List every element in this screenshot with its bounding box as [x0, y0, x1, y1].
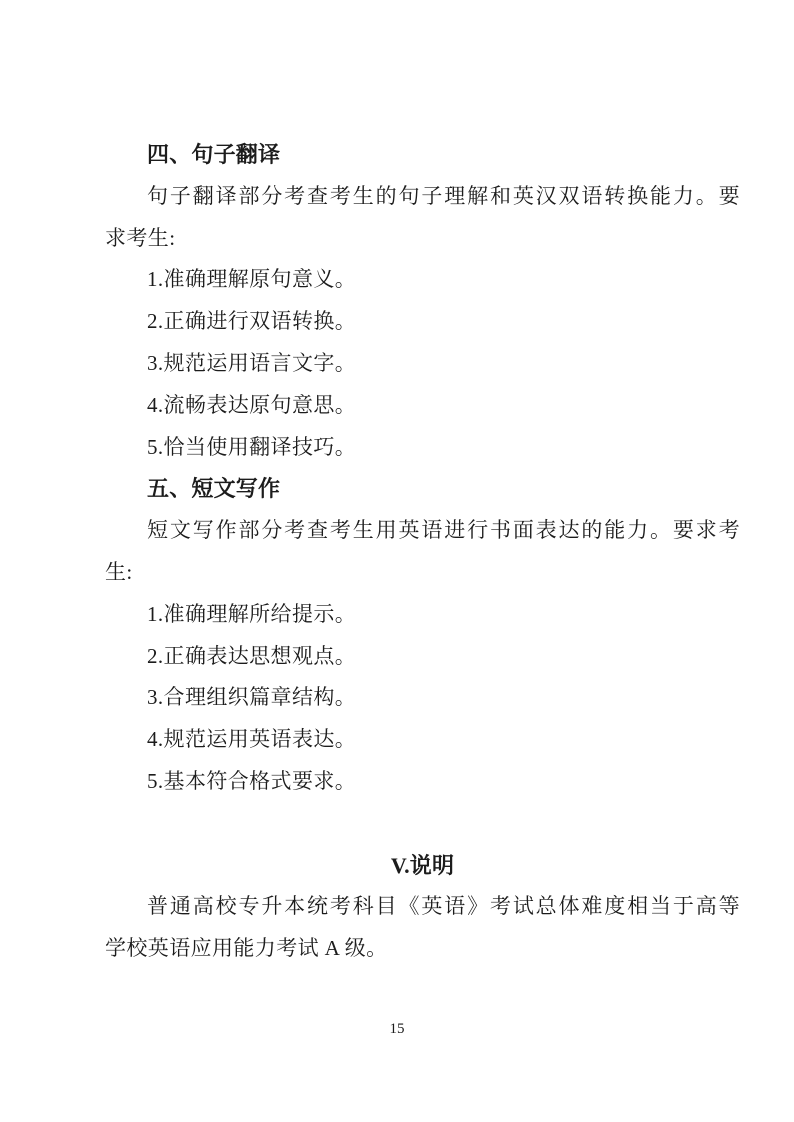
- section-5-intro-line-1: 短文写作部分考查考生用英语进行书面表达的能力。要求考: [105, 510, 740, 552]
- notes-body-line-2: 学校英语应用能力考试 A 级。: [105, 928, 740, 970]
- list-item: 5.基本符合格式要求。: [105, 761, 740, 803]
- blank-line: [105, 803, 740, 845]
- section-5-intro-line-2: 生:: [105, 552, 740, 594]
- list-item: 3.合理组织篇章结构。: [105, 677, 740, 719]
- list-item: 2.正确进行双语转换。: [105, 301, 740, 343]
- notes-heading: V.说明: [105, 845, 740, 887]
- list-item: 1.准确理解原句意义。: [105, 259, 740, 301]
- section-4-intro-line-2: 求考生:: [105, 218, 740, 260]
- document-content: 四、句子翻译 句子翻译部分考查考生的句子理解和英汉双语转换能力。要 求考生: 1…: [105, 134, 740, 970]
- list-item: 1.准确理解所给提示。: [105, 594, 740, 636]
- section-5-heading: 五、短文写作: [105, 468, 740, 510]
- notes-body-line-1: 普通高校专升本统考科目《英语》考试总体难度相当于高等: [105, 886, 740, 928]
- document-page: 四、句子翻译 句子翻译部分考查考生的句子理解和英汉双语转换能力。要 求考生: 1…: [0, 0, 794, 1122]
- list-item: 4.流畅表达原句意思。: [105, 385, 740, 427]
- section-4-intro-line-1: 句子翻译部分考查考生的句子理解和英汉双语转换能力。要: [105, 176, 740, 218]
- list-item: 2.正确表达思想观点。: [105, 636, 740, 678]
- section-4-heading: 四、句子翻译: [105, 134, 740, 176]
- notes-heading-text: 说明: [410, 853, 454, 878]
- list-item: 3.规范运用语言文字。: [105, 343, 740, 385]
- notes-heading-prefix: V.: [391, 853, 410, 878]
- list-item: 5.恰当使用翻译技巧。: [105, 427, 740, 469]
- page-number: 15: [0, 1021, 794, 1038]
- list-item: 4.规范运用英语表达。: [105, 719, 740, 761]
